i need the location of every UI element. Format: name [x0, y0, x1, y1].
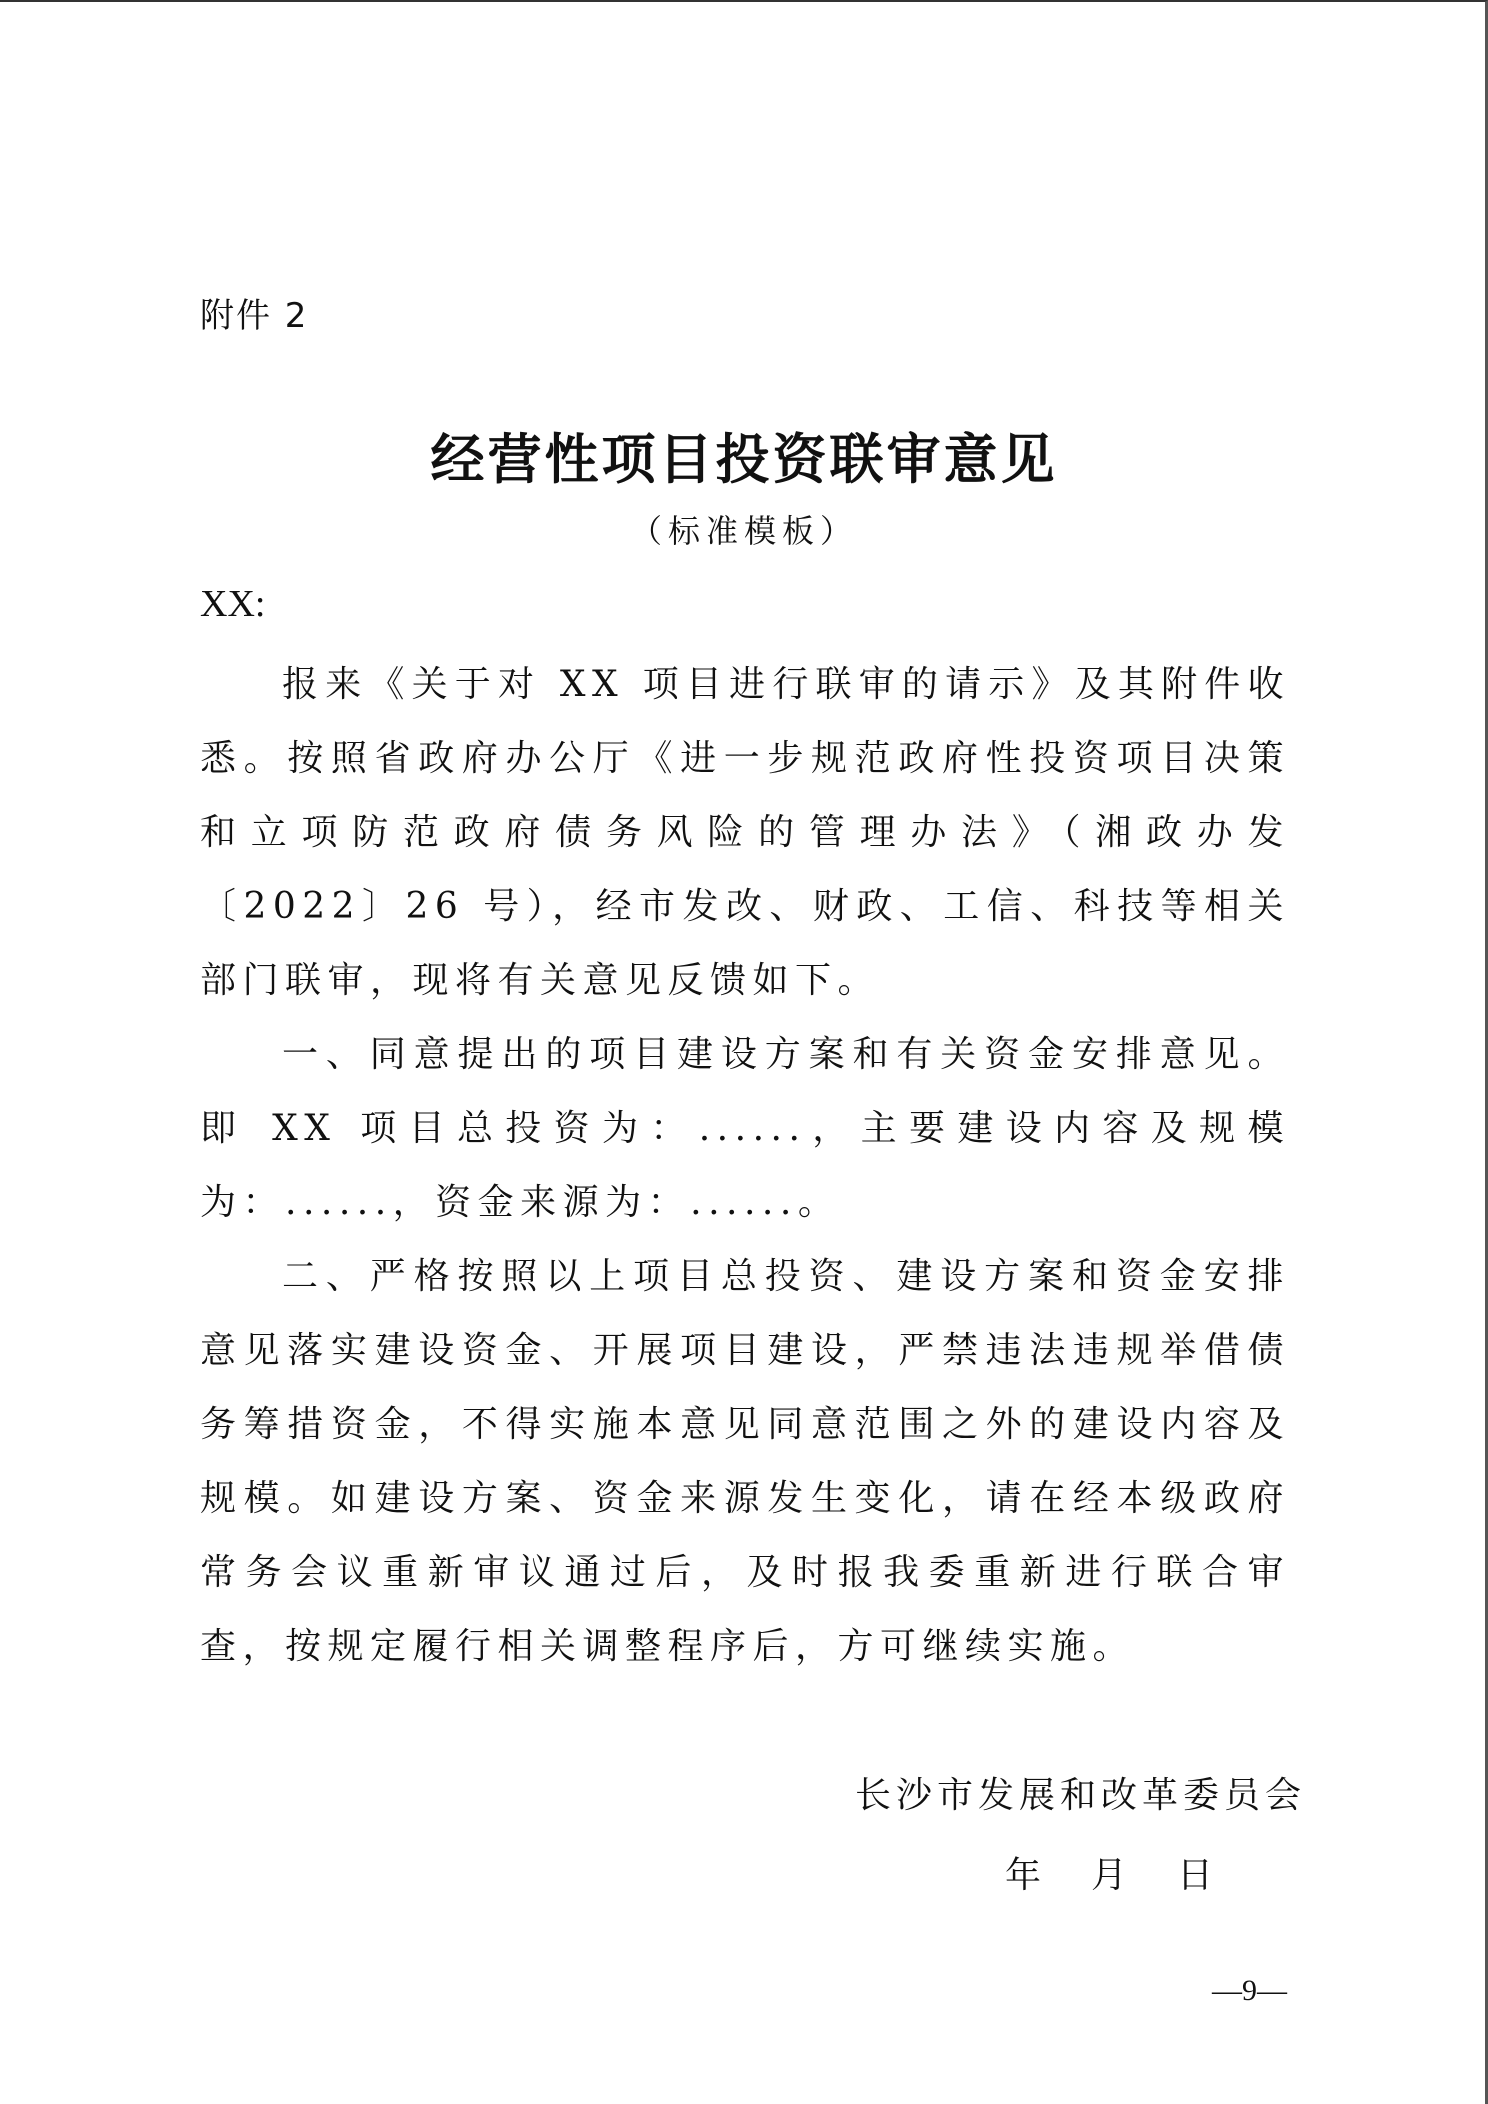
document-subtitle: （标准模板） — [0, 506, 1488, 552]
date-month: 月 — [1091, 1847, 1127, 1898]
document-title: 经营性项目投资联审意见 — [0, 417, 1488, 494]
salutation: XX: — [200, 582, 265, 626]
document-page: 附件 2 经营性项目投资联审意见 （标准模板） XX: 报来《关于对 XX 项目… — [0, 2, 1488, 2104]
attachment-label: 附件 2 — [200, 288, 308, 337]
date-year: 年 — [1005, 1847, 1041, 1898]
signature-organization: 长沙市发展和改革委员会 — [855, 1767, 1306, 1818]
paragraph-item-1: 一、同意提出的项目建设方案和有关资金安排意见。即 XX 项目总投资为：.....… — [200, 1018, 1290, 1240]
paragraph-item-2: 二、严格按照以上项目总投资、建设方案和资金安排意见落实建设资金、开展项目建设，严… — [200, 1240, 1290, 1684]
date-day: 日 — [1177, 1847, 1213, 1898]
page-number: —9— — [1212, 1974, 1287, 2008]
paragraph-intro: 报来《关于对 XX 项目进行联审的请示》及其附件收悉。按照省政府办公厅《进一步规… — [200, 648, 1290, 1018]
document-body: 报来《关于对 XX 项目进行联审的请示》及其附件收悉。按照省政府办公厅《进一步规… — [200, 648, 1290, 1684]
signature-date: 年月日 — [1005, 1847, 1213, 1898]
